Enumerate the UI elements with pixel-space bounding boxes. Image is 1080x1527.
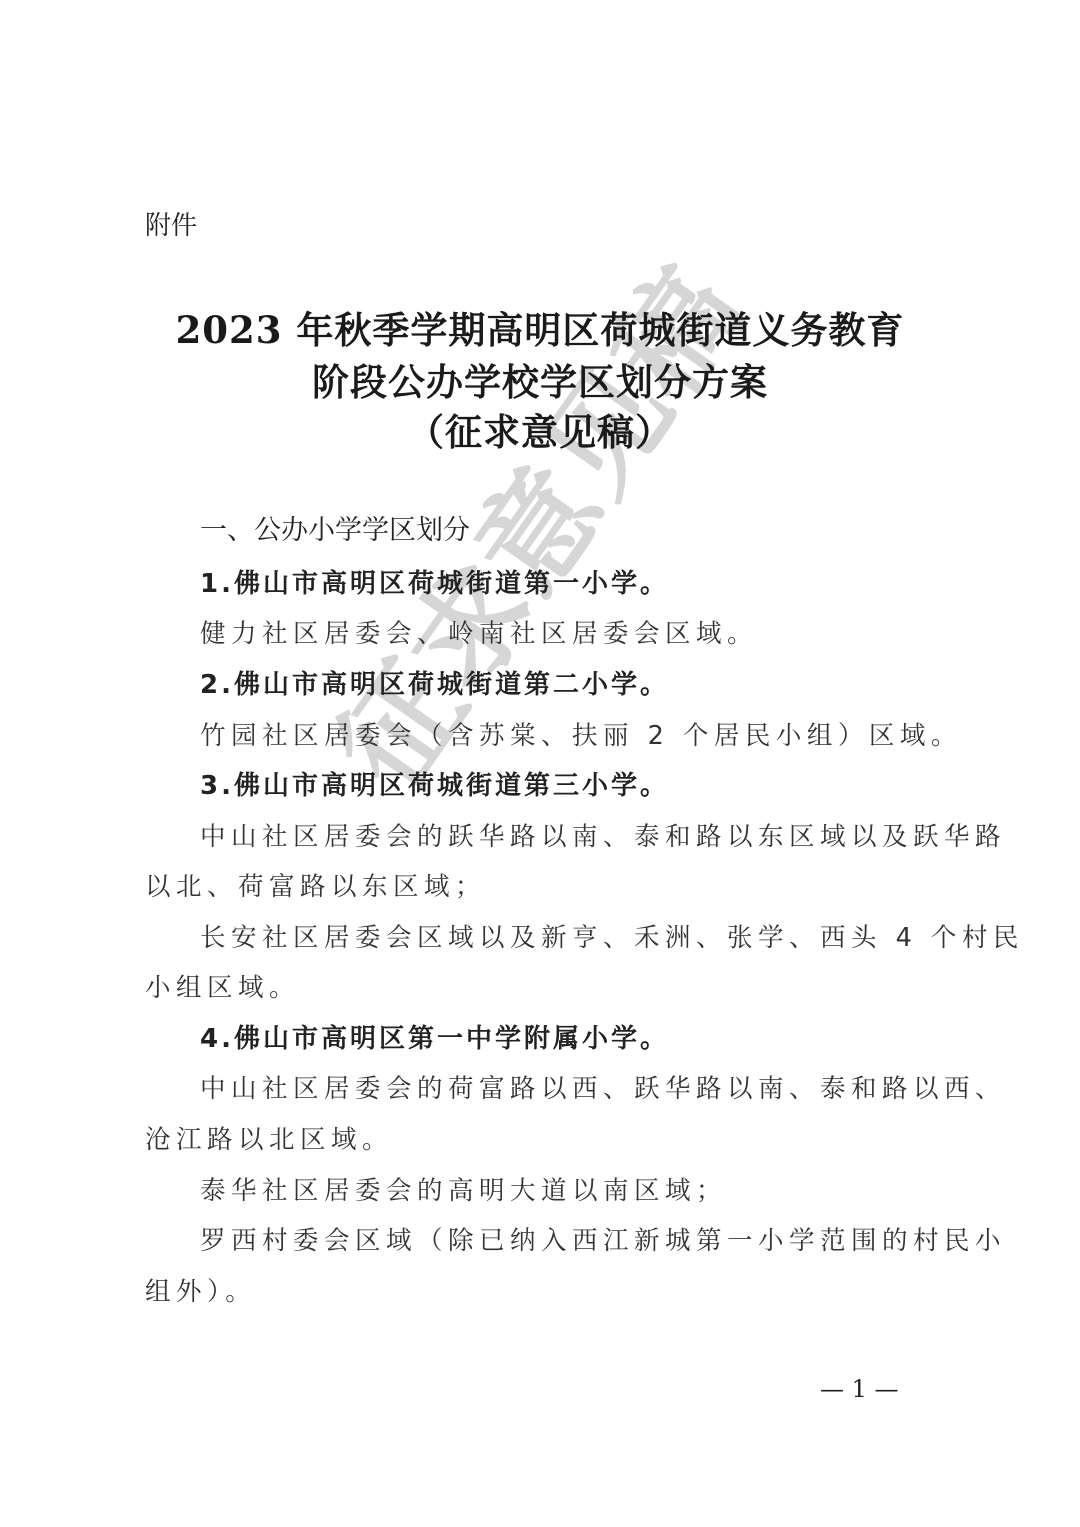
school-area-text: 长安社区居委会区域以及新亨、禾洲、张学、西头 4 个村民 [200,918,1024,954]
school-area-text: 竹园社区居委会（含苏棠、扶丽 2 个居民小组）区域。 [200,716,962,752]
section-heading: 一、公办小学学区划分 [200,508,470,547]
school-heading-1: 1.佛山市高明区荷城街道第一小学。 [200,563,669,600]
document-title-line-3: （征求意见稿） [0,402,1080,456]
attachment-label: 附件 [145,205,197,242]
school-area-text: 泰华社区居委会的高明大道以南区域； [200,1171,727,1207]
school-heading-2: 2.佛山市高明区荷城街道第二小学。 [200,664,669,701]
school-heading-4: 4.佛山市高明区第一中学附属小学。 [200,1018,669,1055]
school-area-text: 罗西村委会区域（除已纳入西江新城第一小学范围的村民小 [200,1221,1006,1257]
school-area-text: 以北、荷富路以东区域； [145,867,486,903]
school-heading-3: 3.佛山市高明区荷城街道第三小学。 [200,765,669,802]
document-title-line-1: 2023 年秋季学期高明区荷城街道义务教育 [0,300,1080,354]
page-number: — 1 — [820,1375,899,1403]
school-area-text: 组外）。 [145,1272,256,1308]
school-area-text: 中山社区居委会的跃华路以南、泰和路以东区域以及跃华路 [200,817,1006,853]
school-area-text: 中山社区居委会的荷富路以西、跃华路以南、泰和路以西、 [200,1069,1006,1105]
school-area-text: 沧江路以北区域。 [145,1120,393,1156]
school-area-text: 健力社区居委会、岭南社区居委会区域。 [200,614,758,650]
document-title-line-2: 阶段公办学校学区划分方案 [0,352,1080,406]
school-area-text: 小组区域。 [145,968,300,1004]
